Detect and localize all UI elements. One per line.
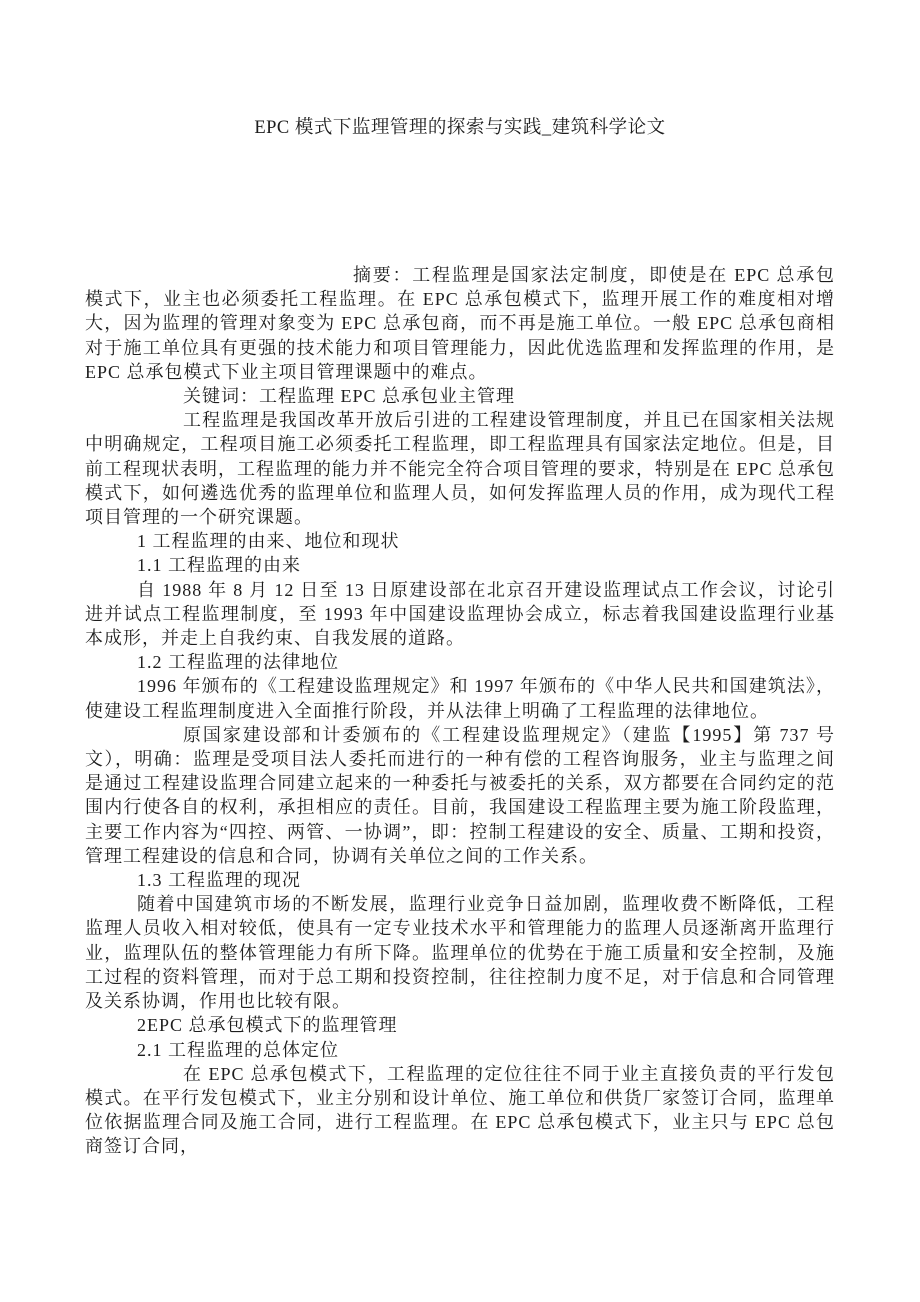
page-title: EPC 模式下监理管理的探索与实践_建筑科学论文 bbox=[85, 116, 835, 140]
body-paragraph-epc-positioning: 在 EPC 总承包模式下，工程监理的定位往往不同于业主直接负责的平行发包模式。在… bbox=[85, 1062, 835, 1159]
body-paragraph-legal-status: 1996 年颁布的《工程建设监理规定》和 1997 年颁布的《中华人民共和国建筑… bbox=[85, 674, 835, 722]
section-heading-1-1: 1.1 工程监理的由来 bbox=[85, 553, 835, 577]
section-heading-1-2: 1.2 工程监理的法律地位 bbox=[85, 650, 835, 674]
body-paragraph-origin: 自 1988 年 8 月 12 日至 13 日原建设部在北京召开建设监理试点工作… bbox=[85, 578, 835, 651]
document-content: EPC 模式下监理管理的探索与实践_建筑科学论文 摘要：工程监理是国家法定制度，… bbox=[0, 0, 920, 1159]
abstract-paragraph: 摘要：工程监理是国家法定制度，即使是在 EPC 总承包模式下，业主也必须委托工程… bbox=[85, 263, 835, 384]
section-heading-1-3: 1.3 工程监理的现况 bbox=[85, 868, 835, 892]
section-heading-1: 1 工程监理的由来、地位和现状 bbox=[85, 529, 835, 553]
keywords-line: 关键词：工程监理 EPC 总承包业主管理 bbox=[85, 384, 835, 408]
section-heading-2: 2EPC 总承包模式下的监理管理 bbox=[85, 1013, 835, 1037]
body-paragraph-current-state: 随着中国建筑市场的不断发展，监理行业竞争日益加剧，监理收费不断降低，工程监理人员… bbox=[85, 892, 835, 1013]
body-paragraph-regulation: 原国家建设部和计委颁布的《工程建设监理规定》（建监【1995】第 737 号文）… bbox=[85, 723, 835, 868]
body-paragraph-intro: 工程监理是我国改革开放后引进的工程建设管理制度，并且已在国家相关法规中明确规定，… bbox=[85, 408, 835, 529]
document-page: EPC 模式下监理管理的探索与实践_建筑科学论文 摘要：工程监理是国家法定制度，… bbox=[0, 0, 920, 1302]
section-heading-2-1: 2.1 工程监理的总体定位 bbox=[85, 1038, 835, 1062]
